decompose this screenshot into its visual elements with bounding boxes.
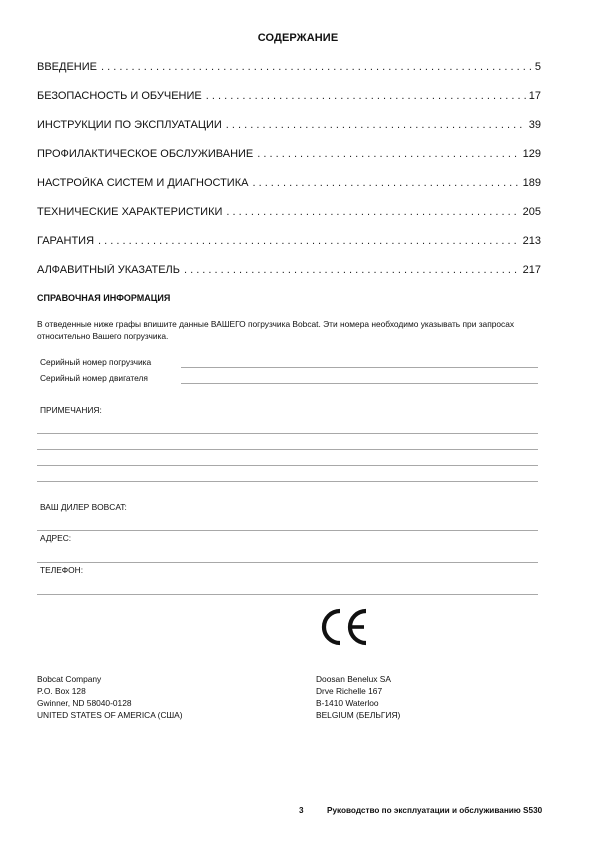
toc-entry-warranty[interactable]: ГАРАНТИЯ 213 [37, 235, 541, 264]
loader-serial-field: Серийный номер погрузчика [40, 357, 538, 371]
toc-entry-label: ВВЕДЕНИЕ [37, 61, 101, 73]
toc-entry-label: ТЕХНИЧЕСКИЕ ХАРАКТЕРИСТИКИ [37, 206, 226, 218]
notes-line[interactable] [37, 433, 538, 434]
toc-leader-dots [252, 177, 519, 189]
toc-leader-dots [226, 119, 526, 131]
reference-heading: СПРАВОЧНАЯ ИНФОРМАЦИЯ [37, 293, 170, 303]
address-line[interactable] [37, 562, 538, 563]
toc-leader-dots [206, 90, 526, 102]
toc-entry-label: АЛФАВИТНЫЙ УКАЗАТЕЛЬ [37, 264, 184, 276]
address-line: Bobcat Company [37, 673, 183, 685]
address-line: P.O. Box 128 [37, 685, 183, 697]
ce-mark-icon [320, 607, 370, 647]
toc-entry-introduction[interactable]: ВВЕДЕНИЕ 5 [37, 61, 541, 90]
address-line: UNITED STATES OF AMERICA (США) [37, 709, 183, 721]
toc-entry-page: 5 [532, 61, 541, 73]
loader-serial-label: Серийный номер погрузчика [40, 357, 151, 367]
toc-leader-dots [101, 61, 532, 73]
notes-line[interactable] [37, 449, 538, 450]
toc-entry-page: 129 [520, 148, 541, 160]
notes-line[interactable] [37, 465, 538, 466]
bobcat-company-address: Bobcat Company P.O. Box 128 Gwinner, ND … [37, 673, 183, 721]
address-line: Drve Richelle 167 [316, 685, 400, 697]
engine-serial-field: Серийный номер двигателя [40, 373, 538, 387]
toc-entry-label: ГАРАНТИЯ [37, 235, 98, 247]
engine-serial-input-line[interactable] [181, 383, 538, 384]
phone-line[interactable] [37, 594, 538, 595]
toc-entry-label: ПРОФИЛАКТИЧЕСКОЕ ОБСЛУЖИВАНИЕ [37, 148, 257, 160]
notes-label: ПРИМЕЧАНИЯ: [40, 405, 102, 415]
toc-leader-dots [226, 206, 519, 218]
address-line: Doosan Benelux SA [316, 673, 400, 685]
reference-instructions: В отведенные ниже графы впишите данные В… [37, 318, 547, 342]
toc-entry-maintenance[interactable]: ПРОФИЛАКТИЧЕСКОЕ ОБСЛУЖИВАНИЕ 129 [37, 148, 541, 177]
toc-entry-page: 189 [520, 177, 541, 189]
toc-entry-label: ИНСТРУКЦИИ ПО ЭКСПЛУАТАЦИИ [37, 119, 226, 131]
toc-entry-safety[interactable]: БЕЗОПАСНОСТЬ И ОБУЧЕНИЕ 17 [37, 90, 541, 119]
address-label: АДРЕС: [40, 533, 71, 543]
toc-leader-dots [257, 148, 519, 160]
address-line: BELGIUM (БЕЛЬГИЯ) [316, 709, 400, 721]
toc-entry-page: 217 [520, 264, 541, 276]
toc-leader-dots [184, 264, 520, 276]
toc-entry-page: 39 [526, 119, 541, 131]
toc-entry-label: НАСТРОЙКА СИСТЕМ И ДИАГНОСТИКА [37, 177, 252, 189]
toc-entry-page: 205 [520, 206, 541, 218]
address-line: Gwinner, ND 58040-0128 [37, 697, 183, 709]
engine-serial-label: Серийный номер двигателя [40, 373, 148, 383]
toc-entry-operating-instructions[interactable]: ИНСТРУКЦИИ ПО ЭКСПЛУАТАЦИИ 39 [37, 119, 541, 148]
doosan-benelux-address: Doosan Benelux SA Drve Richelle 167 B-14… [316, 673, 400, 721]
toc-entry-index[interactable]: АЛФАВИТНЫЙ УКАЗАТЕЛЬ 217 [37, 264, 541, 293]
address-line: B-1410 Waterloo [316, 697, 400, 709]
footer-page-number: 3 [299, 806, 304, 815]
toc-entry-specifications[interactable]: ТЕХНИЧЕСКИЕ ХАРАКТЕРИСТИКИ 205 [37, 206, 541, 235]
dealer-label: ВАШ ДИЛЕР BOBCAT: [40, 502, 127, 512]
toc-leader-dots [98, 235, 520, 247]
loader-serial-input-line[interactable] [181, 367, 538, 368]
phone-label: ТЕЛЕФОН: [40, 565, 83, 575]
toc-entry-page: 213 [520, 235, 541, 247]
table-of-contents: ВВЕДЕНИЕ 5 БЕЗОПАСНОСТЬ И ОБУЧЕНИЕ 17 ИН… [37, 61, 541, 293]
toc-entry-page: 17 [526, 90, 541, 102]
toc-entry-label: БЕЗОПАСНОСТЬ И ОБУЧЕНИЕ [37, 90, 206, 102]
page-title: СОДЕРЖАНИЕ [0, 32, 596, 44]
footer-manual-title: Руководство по эксплуатации и обслуживан… [327, 806, 542, 815]
toc-entry-system-setup[interactable]: НАСТРОЙКА СИСТЕМ И ДИАГНОСТИКА 189 [37, 177, 541, 206]
notes-line[interactable] [37, 481, 538, 482]
dealer-line[interactable] [37, 530, 538, 531]
